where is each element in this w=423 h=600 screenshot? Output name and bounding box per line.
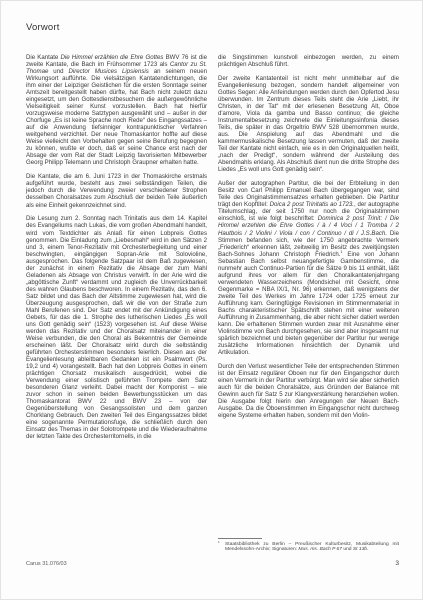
catalog-number: Carus 31.076/03 — [26, 561, 67, 567]
paragraph: Durch den Verlust wesentlicher Teile der… — [218, 363, 399, 419]
paragraph: Die Lesung zum 2. Sonntag nach Trinitati… — [26, 215, 207, 440]
footnote-rule — [218, 538, 262, 539]
paragraph: Die Kantate Die Himmel erzählen die Ehre… — [26, 54, 207, 167]
paragraph: Außer der autographen Partitur, die bei … — [218, 180, 399, 356]
footnote: 1 Staatsbibliothek zu Berlin – Preußisch… — [218, 538, 399, 553]
paragraph: Der zweite Kantatenteil ist nicht mehr u… — [218, 75, 399, 173]
column-right: die Singstimmen kunstvoll einbezogen wer… — [218, 54, 399, 447]
page-footer: Carus 31.076/03 3 — [26, 560, 399, 567]
page-number: 3 — [395, 560, 399, 567]
text-columns: Die Kantate Die Himmel erzählen die Ehre… — [26, 54, 399, 447]
document-page: Vorwort Die Kantate Die Himmel erzählen … — [0, 0, 423, 600]
page-title: Vorwort — [26, 22, 60, 33]
paragraph: Die Kantate, die am 6. Juni 1723 in der … — [26, 173, 207, 208]
footnote-marker: 1 — [218, 542, 225, 554]
footnote-text: Staatsbibliothek zu Berlin – Preußischer… — [225, 542, 399, 554]
column-left: Die Kantate Die Himmel erzählen die Ehre… — [26, 54, 207, 447]
paragraph: die Singstimmen kunstvoll einbezogen wer… — [218, 54, 399, 68]
